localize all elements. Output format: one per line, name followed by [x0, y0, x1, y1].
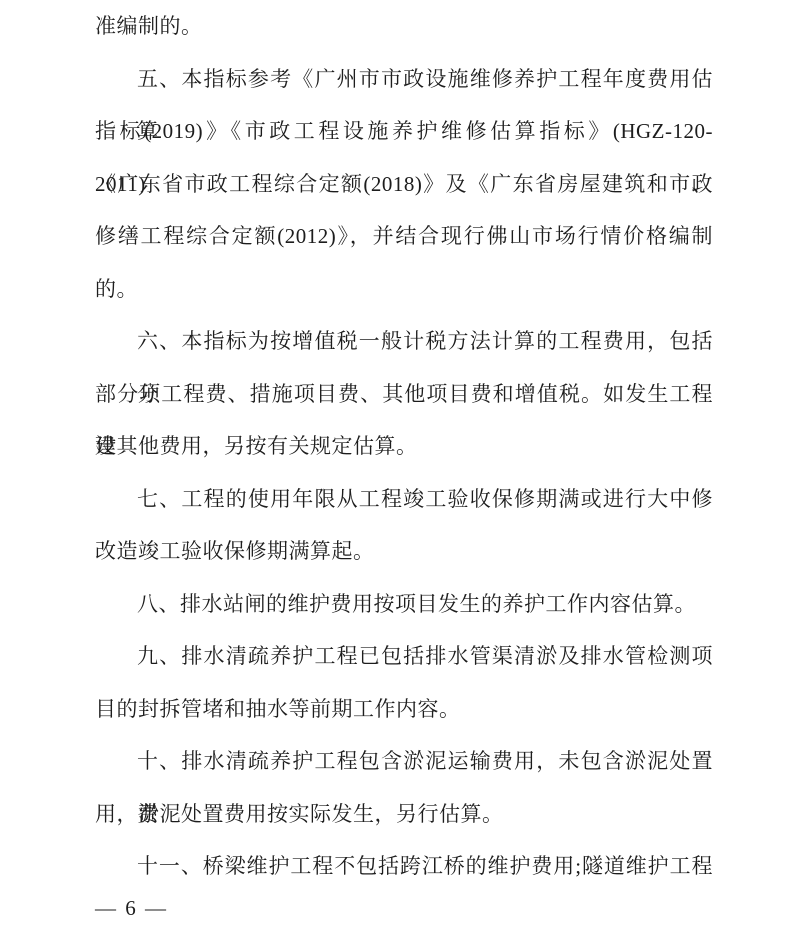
document-body: 准编制的。 五、本指标参考《广州市市政设施维修养护工程年度费用估算 指标(201…	[95, 0, 713, 893]
text-line: 八、排水站闸的维护费用按项目发生的养护工作内容估算。	[95, 578, 713, 631]
text-line: 《广东省市政工程综合定额(2018)》及《广东省房屋建筑和市政	[95, 158, 713, 211]
text-line: 的。	[95, 263, 713, 316]
text-line: 七、工程的使用年限从工程竣工验收保修期满或进行大中修	[95, 473, 713, 526]
text-line: 九、排水清疏养护工程已包括排水管渠清淤及排水管检测项	[95, 630, 713, 683]
text-line: 十、排水清疏养护工程包含淤泥运输费用，未包含淤泥处置费	[95, 735, 713, 788]
text-line: 准编制的。	[95, 0, 713, 53]
text-line: 指标(2019)》《市政工程设施养护维修估算指标》(HGZ-120-2011)、	[95, 105, 713, 158]
text-line: 改造竣工验收保修期满算起。	[95, 525, 713, 578]
text-line: 修缮工程综合定额(2012)》，并结合现行佛山市场行情价格编制	[95, 210, 713, 263]
text-line: 目的封拆管堵和抽水等前期工作内容。	[95, 683, 713, 736]
text-line: 部分项工程费、措施项目费、其他项目费和增值税。如发生工程建	[95, 368, 713, 421]
text-line: 设其他费用，另按有关规定估算。	[95, 420, 713, 473]
text-line: 六、本指标为按增值税一般计税方法计算的工程费用，包括分	[95, 315, 713, 368]
text-line: 用，淤泥处置费用按实际发生，另行估算。	[95, 788, 713, 841]
text-line: 五、本指标参考《广州市市政设施维修养护工程年度费用估算	[95, 53, 713, 106]
document-page: 准编制的。 五、本指标参考《广州市市政设施维修养护工程年度费用估算 指标(201…	[0, 0, 800, 942]
text-line: 十一、桥梁维护工程不包括跨江桥的维护费用;隧道维护工程	[95, 840, 713, 893]
page-number: — 6 —	[95, 892, 168, 924]
